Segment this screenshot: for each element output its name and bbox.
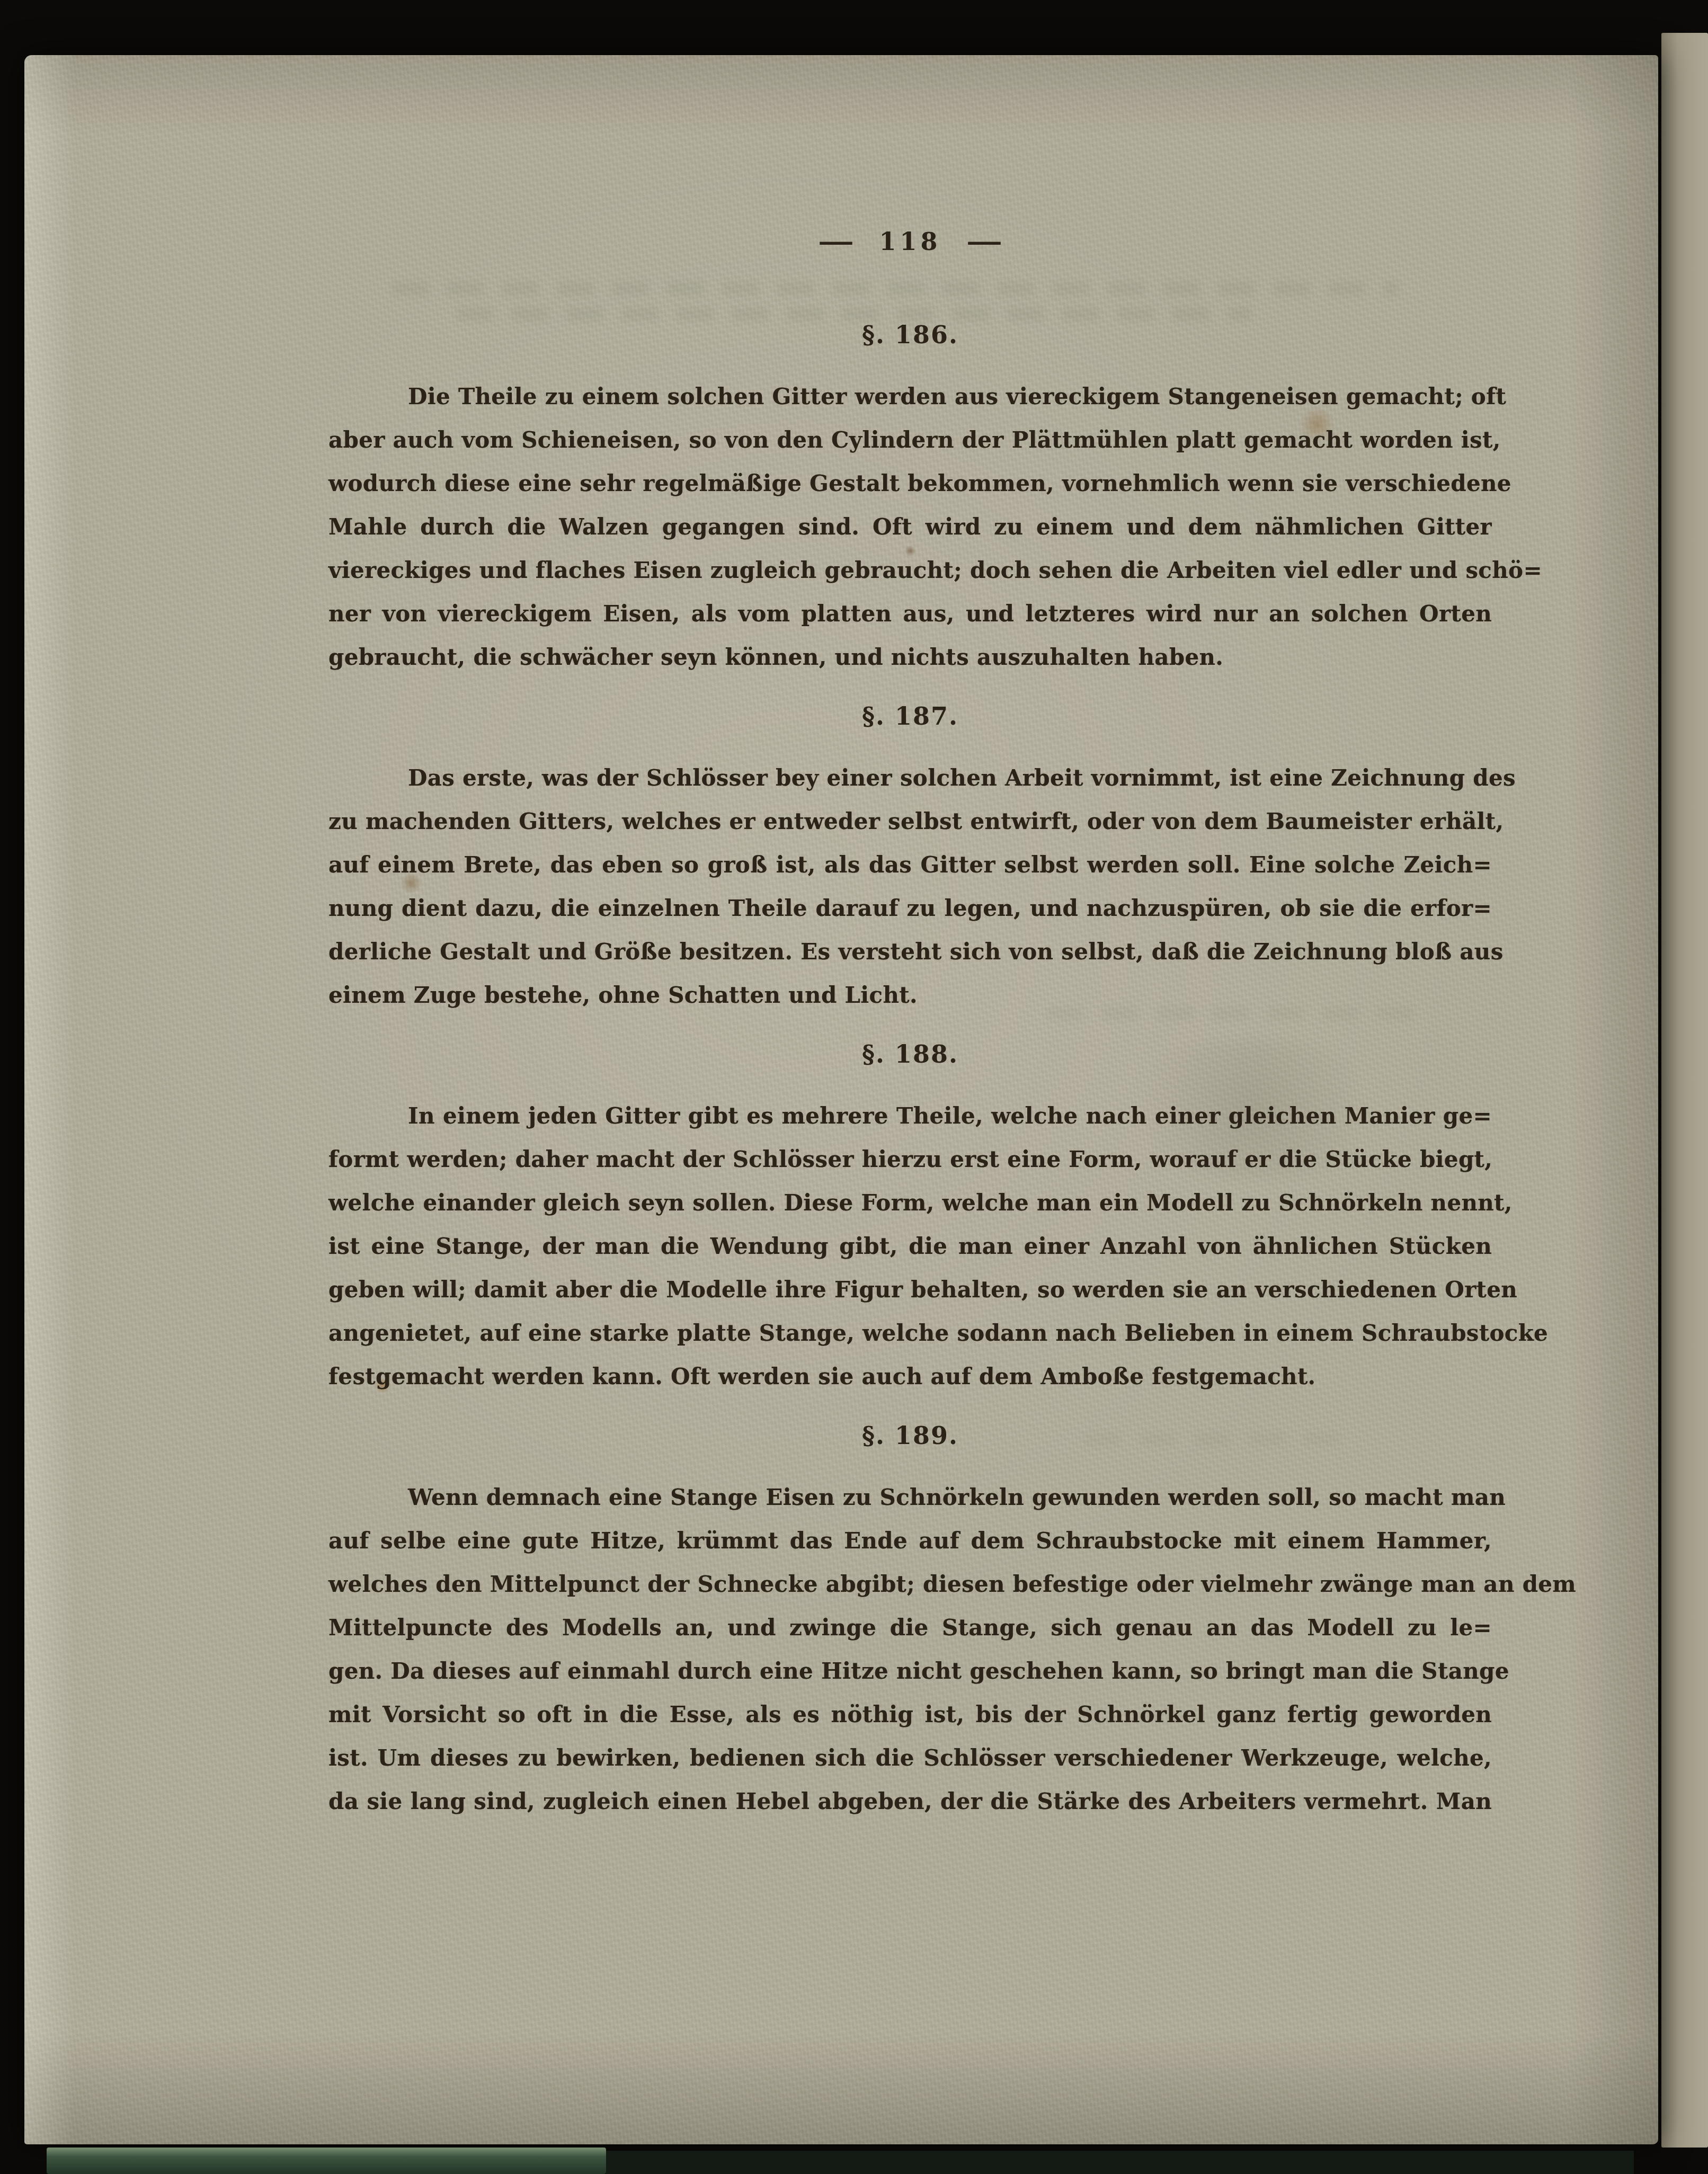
- section: §. 186.Die Theile zu einem solchen Gitte…: [328, 318, 1492, 679]
- text-line: derliche Gestalt und Größe besitzen. Es …: [328, 930, 1492, 974]
- scan-background: — 118 — §. 186.Die Theile zu einem solch…: [0, 0, 1708, 2174]
- text-line: gen. Da dieses auf einmahl durch eine Hi…: [328, 1650, 1492, 1693]
- text-line: viereckiges und flaches Eisen zugleich g…: [328, 549, 1492, 592]
- text-line: formt werden; daher macht der Schlösser …: [328, 1138, 1492, 1181]
- page-header: — 118 —: [328, 225, 1492, 259]
- text-line: mit Vorsicht so oft in die Esse, als es …: [328, 1693, 1492, 1736]
- section: §. 187.Das erste, was der Schlösser bey …: [328, 699, 1492, 1017]
- text-line: welches den Mittelpunct der Schnecke abg…: [328, 1563, 1492, 1606]
- text-line: ist. Um dieses zu bewirken, bedienen sic…: [328, 1736, 1492, 1780]
- text-line: In einem jeden Gitter gibt es mehrere Th…: [328, 1094, 1492, 1138]
- section-heading: §. 187.: [328, 699, 1492, 733]
- next-page-edge: [1661, 33, 1708, 2148]
- text-line: auf einem Brete, das eben so groß ist, a…: [328, 843, 1492, 887]
- header-dash-left: —: [818, 227, 855, 256]
- text-line: gebraucht, die schwächer seyn können, un…: [328, 636, 1492, 679]
- binding-cloth-strip: [47, 2148, 606, 2174]
- text-line: festgemacht werden kann. Oft werden sie …: [328, 1355, 1492, 1398]
- text-line: geben will; damit aber die Modelle ihre …: [328, 1268, 1492, 1312]
- section: §. 189.Wenn demnach eine Stange Eisen zu…: [328, 1419, 1492, 1823]
- binding-shadow-strip: [606, 2151, 1634, 2174]
- section: §. 188.In einem jeden Gitter gibt es meh…: [328, 1037, 1492, 1398]
- text-line: zu machenden Gitters, welches er entwede…: [328, 800, 1492, 843]
- text-line: Mittelpuncte des Modells an, und zwinge …: [328, 1606, 1492, 1650]
- header-dash-right: —: [966, 227, 1002, 256]
- text-line: welche einander gleich seyn sollen. Dies…: [328, 1181, 1492, 1225]
- text-line: Das erste, was der Schlösser bey einer s…: [328, 756, 1492, 800]
- page-text: — 118 — §. 186.Die Theile zu einem solch…: [328, 225, 1492, 1843]
- text-line: wodurch diese eine sehr regelmäßige Gest…: [328, 462, 1492, 505]
- text-line: Mahle durch die Walzen gegangen sind. Of…: [328, 505, 1492, 549]
- text-line: Wenn demnach eine Stange Eisen zu Schnör…: [328, 1476, 1492, 1519]
- text-line: ist eine Stange, der man die Wendung gib…: [328, 1225, 1492, 1268]
- section-heading: §. 186.: [328, 318, 1492, 352]
- page-number: 118: [879, 227, 941, 256]
- text-line: angenietet, auf eine starke platte Stang…: [328, 1312, 1492, 1355]
- sections: §. 186.Die Theile zu einem solchen Gitte…: [328, 318, 1492, 1823]
- section-heading: §. 189.: [328, 1419, 1492, 1453]
- section-heading: §. 188.: [328, 1037, 1492, 1071]
- text-line: da sie lang sind, zugleich einen Hebel a…: [328, 1780, 1492, 1823]
- text-line: aber auch vom Schieneisen, so von den Cy…: [328, 418, 1492, 462]
- text-line: ner von viereckigem Eisen, als vom platt…: [328, 592, 1492, 636]
- text-line: Die Theile zu einem solchen Gitter werde…: [328, 375, 1492, 418]
- text-line: nung dient dazu, die einzelnen Theile da…: [328, 887, 1492, 930]
- text-line: auf selbe eine gute Hitze, krümmt das En…: [328, 1519, 1492, 1563]
- text-line: einem Zuge bestehe, ohne Schatten und Li…: [328, 974, 1492, 1017]
